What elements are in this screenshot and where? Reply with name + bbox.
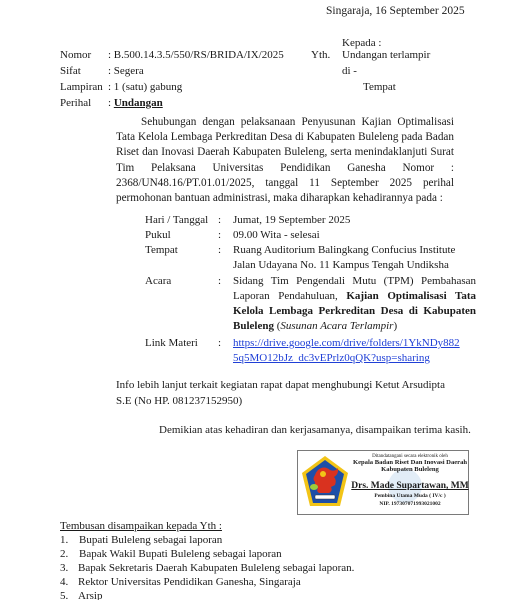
subject-undangan: Undangan xyxy=(114,97,163,109)
detail-label: Link Materi xyxy=(145,336,198,351)
body-paragraph: Sehubungan dengan pelaksanaan Penyusunan… xyxy=(116,115,454,206)
detail-label: Tempat xyxy=(145,243,178,258)
detail-label: Pukul xyxy=(145,228,171,243)
detail-colon: : xyxy=(218,228,221,243)
signatory-nip: NIP. 197307071993021002 xyxy=(350,502,470,508)
cc-item: 2.Bapak Wakil Bupati Buleleng sebagai la… xyxy=(60,549,282,560)
info-contact: Info lebih lanjut terkait kegiatan rapat… xyxy=(116,378,456,409)
cc-text: Bapak Sekretaris Daerah Kabupaten Bulele… xyxy=(78,562,354,574)
detail-value: Jumat, 19 September 2025 xyxy=(233,213,478,228)
recipient-line2: di - xyxy=(342,66,357,77)
cc-number: 2. xyxy=(60,549,79,560)
recipient-line1: Undangan terlampir xyxy=(342,50,430,61)
detail-value: Sidang Tim Pengendali Mutu (TPM) Pembaha… xyxy=(233,274,476,334)
cc-number: 5. xyxy=(60,591,78,600)
cc-number: 1. xyxy=(60,535,79,546)
meta-label: Sifat xyxy=(60,66,81,77)
meta-value: : Segera xyxy=(108,66,144,77)
recipient-line3: Tempat xyxy=(363,82,396,93)
cc-title: Tembusan disampaikan kepada Yth : xyxy=(60,521,222,532)
cc-item: 1.Bupati Buleleng sebagai laporan xyxy=(60,535,222,546)
meta-label: Nomor xyxy=(60,50,91,61)
detail-value: Ruang Auditorium Balingkang Confucius In… xyxy=(233,243,478,273)
cc-item: 4.Rektor Universitas Pendidikan Ganesha,… xyxy=(60,577,301,588)
cc-text: Arsip xyxy=(78,590,102,600)
cc-item: 3.Bapak Sekretaris Daerah Kabupaten Bule… xyxy=(60,563,354,574)
cc-text: Bapak Wakil Bupati Buleleng sebagai lapo… xyxy=(79,548,282,560)
signatory-rank: Pembina Utama Muda ( IV/c ) xyxy=(350,494,470,500)
detail-colon: : xyxy=(218,243,221,258)
meta-value: : 1 (satu) gabung xyxy=(108,82,182,93)
detail-colon: : xyxy=(218,336,221,351)
place-date: Singaraja, 16 September 2025 xyxy=(326,6,465,18)
signatory-name: Drs. Made Supartawan, MM xyxy=(350,482,470,492)
acara-paren-close: ) xyxy=(393,320,397,332)
cc-text: Rektor Universitas Pendidikan Ganesha, S… xyxy=(78,576,301,588)
tempat-line1: Ruang Auditorium Balingkang Confucius In… xyxy=(233,243,478,258)
tempat-line2: Jalan Udayana No. 11 Kampus Tengah Undik… xyxy=(233,258,478,273)
detail-value: 09.00 Wita - selesai xyxy=(233,228,478,243)
materi-link[interactable]: https://drive.google.com/drive/folders/1… xyxy=(233,337,460,364)
acara-italic: Susunan Acara Terlampir xyxy=(280,320,393,332)
recipient-yth: Yth. xyxy=(311,50,330,61)
cc-number: 3. xyxy=(60,563,78,574)
signature-agency: Kabupaten Buleleng xyxy=(350,467,470,474)
electronic-signature: Ditandatangani secara elektronik oleh Ke… xyxy=(297,450,469,515)
detail-label: Acara xyxy=(145,274,171,289)
meta-value: : Undangan xyxy=(108,98,163,109)
closing-text: Demikian atas kehadiran dan kerjasamanya… xyxy=(159,425,471,436)
cc-number: 4. xyxy=(60,577,78,588)
meta-label: Perihal xyxy=(60,98,91,109)
detail-label: Hari / Tanggal xyxy=(145,213,208,228)
recipient-kepada: Kepada : xyxy=(342,38,381,49)
cc-text: Bupati Buleleng sebagai laporan xyxy=(79,534,222,546)
meta-value: : B.500.14.3.5/550/RS/BRIDA/IX/2025 xyxy=(108,50,284,61)
detail-colon: : xyxy=(218,213,221,228)
meta-label: Lampiran xyxy=(60,82,103,93)
detail-value: https://drive.google.com/drive/folders/1… xyxy=(233,336,465,366)
cc-item: 5.Arsip xyxy=(60,591,102,600)
buleleng-emblem-icon xyxy=(300,454,350,510)
detail-colon: : xyxy=(218,274,221,289)
